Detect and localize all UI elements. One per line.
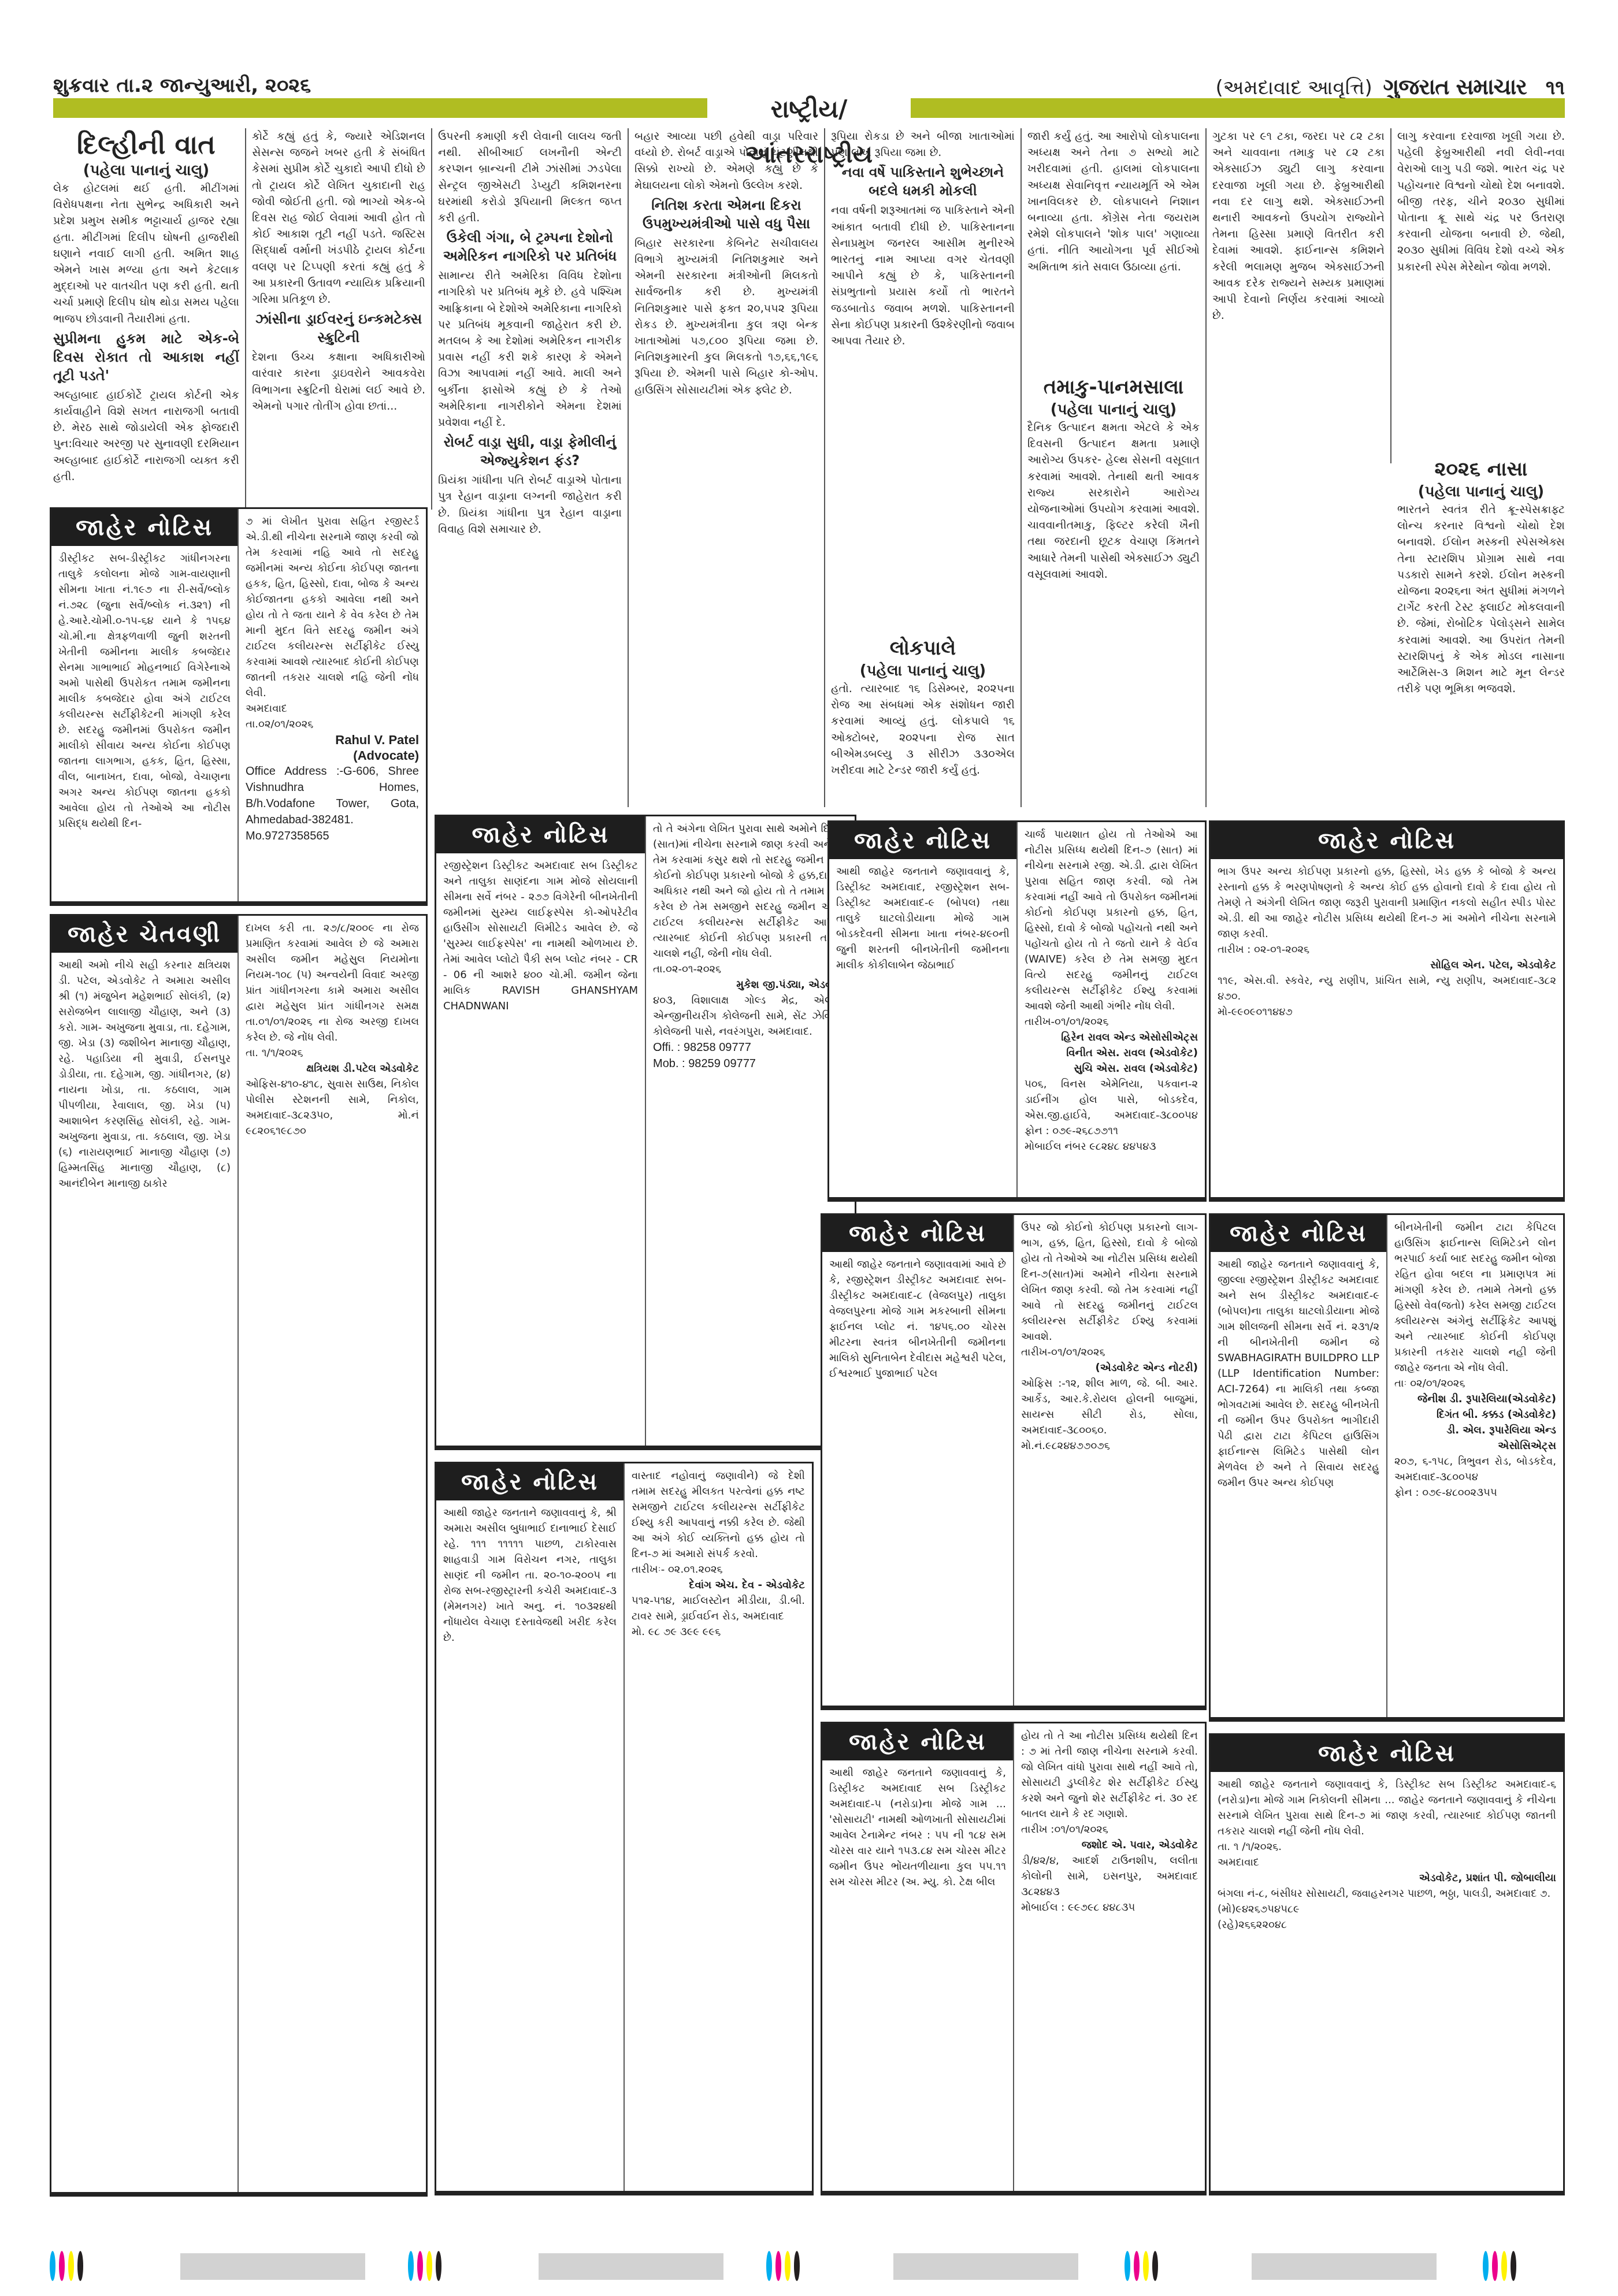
article-delhi-ni-vaat: દિલ્હીની વાત (પહેલા પાનાનું ચાલુ) લેક હો… (53, 128, 239, 512)
notice-signature: ક્ષત્રિયશ ડી.પટેલ એડવોકેટ (246, 1061, 419, 1076)
public-notice-10: જાહેર નોટિસ આથી જાહેર જનતાને જણાવવાનું ક… (1209, 1733, 1565, 2195)
notice-signature-2: દિગંત બી. કક્કડ (એડવોકેટ) (1394, 1407, 1556, 1422)
notice-title: જાહેર નોટિસ (436, 1463, 624, 1500)
article-lokpal-top: જારી કર્યું હતું. આ આરોપો લોકપાલના અધ્યક… (1027, 128, 1200, 371)
mobile-phone: મોબાઈલ નંબર ૯૮૨૪૮ ૪૪૫૪૩ (1025, 1139, 1198, 1154)
column-divider (824, 128, 825, 807)
mobile-phone: મો.નં.૯૮૨૪૪૭૭૦૭૬ (1021, 1438, 1198, 1454)
article-body: જારી કર્યું હતું. આ આરોપો લોકપાલના અધ્યક… (1027, 128, 1200, 275)
notice-title: જાહેર નોટિસ (1211, 1215, 1386, 1252)
notice-signature: જશોદ એ. પવાર, એડવોકેટ (1021, 1837, 1198, 1853)
notice-body: ચાર્જ પાયશાત હોય તો તેઓએ આ નોટીસ પ્રસિધ્… (1025, 827, 1198, 1014)
public-notice-9: જાહેર નોટિસ આથી જાહેર જનતાને જણાવવાનું ક… (821, 1722, 1207, 2195)
cyan-mark-icon (408, 2251, 414, 2281)
magenta-mark-icon (1134, 2251, 1140, 2281)
yellow-mark-icon (68, 2251, 74, 2281)
cmyk-marks (50, 2251, 83, 2281)
article-body: દેશના ઉચ્ચ કક્ષાના અધિકારીઓ વારંવાર કારન… (252, 349, 425, 414)
public-notice-4: જાહેર નોટિસ આથી જાહેર જનતાને જણાવવાનું ક… (827, 820, 1207, 1202)
public-notice-8: જાહેર નોટિસ આથી જાહેર જનતાને જણાવવામાં આ… (821, 1213, 1207, 1710)
notice-body: ઉપર જો કોઈનો કોઈપણ પ્રકારનો લાગ-ભાગ, હક્… (1021, 1220, 1198, 1344)
notice-title: જાહેર ચેતવણી (51, 916, 237, 953)
gray-calibration-bar (180, 2253, 365, 2280)
article-title: લોકપાલે (831, 636, 1015, 661)
yellow-mark-icon (1501, 2251, 1507, 2281)
magenta-mark-icon (1492, 2251, 1498, 2281)
public-notice-7: જાહેર નોટિસ આથી જાહેર જનતાને જણાવવાનું ક… (435, 1462, 814, 2195)
section-title: રાષ્ટ્રીય/આંતરરાષ્ટ્રીય (707, 87, 911, 132)
gray-calibration-bar (893, 2253, 1078, 2280)
notice-address: ઓફિસ :-૧૨, શીલ માળ, જે. બી. આર. આર્કેડ, … (1021, 1376, 1198, 1438)
notice-address: ઓફિસ-૪૧૦-૪૧૮, સુવાસ સાઉથ, નિકોલ પોલીસ સ્… (246, 1076, 419, 1139)
notice-body: આથી અમો નીચે સહી કરનાર ક્ષત્રિયશ ડી. પટે… (51, 953, 237, 1196)
notice-date: તા. ૧/૧/૨૦૨૬ (246, 1045, 419, 1061)
notice-date: તારીખ : ૦૨-૦૧-૨૦૨૬ (1218, 942, 1556, 957)
article-subhead: સુપ્રીમના હુકમ માટે એક-બે દિવસ રોકાત તો … (53, 329, 239, 385)
column-divider (1205, 128, 1207, 807)
notice-signature: (એડવોકેટ એન્ડ નોટરી) (1021, 1360, 1198, 1376)
issue-date: શુક્રવાર તા.૨ જાન્યુઆરી, ૨૦૨૬ (53, 74, 311, 97)
mobile-phone: મો-૯૯૦૯૦૧૧૪૪૭ (1218, 1004, 1556, 1020)
notice-date: તારીખ-૦૧/૦૧/૨૦૨૬ (1025, 1014, 1198, 1030)
article-body: ભારતને સ્વતંત્ર રીતે ક્રૂ-સ્પેસક્રાફ્ટ લ… (1397, 501, 1565, 697)
edition-label: (અમદાવાદ આવૃત્તિ) (1216, 76, 1372, 99)
advocate-phone: Mo.9727358565 (246, 828, 419, 844)
article-body: અલ્હાબાદ હાઈકોર્ટે ટ્રાયલ કોર્ટની એક કાર… (53, 387, 239, 485)
notice-date: તારીખઃ- ૦૨.૦૧.૨૦૨૬ (632, 1562, 805, 1577)
notice-title: જાહેર નોટિસ (822, 1723, 1013, 1760)
black-mark-icon (1152, 2251, 1158, 2281)
article-col3: ઉપરની કમાણી કરી લેવાની લાલચ જતી નથી. સીબ… (438, 128, 622, 810)
mobile-phone: મો. ૯૮ ૭૯ ૩૯૯ ૯૯૬ (632, 1624, 805, 1640)
notice-body: હોય તો તે આ નોટીસ પ્રસિધ્ધ થયેથી દિન : ૭… (1021, 1728, 1198, 1822)
notice-address: ૫૦૬, વિનસ એમેનિયા, પકવાન-૨ ડાઈનીંગ હોલ પ… (1025, 1076, 1198, 1139)
article-body: લાગુ કરવાના દરવાજા ખૂલી ગયા છે. પહેલી ફે… (1397, 128, 1565, 275)
article-nasa-lead: લાગુ કરવાના દરવાજા ખૂલી ગયા છે. પહેલી ફે… (1397, 128, 1565, 463)
column-divider (245, 128, 246, 510)
article-continued-label: (પહેલા પાનાનું ચાલુ) (1027, 400, 1200, 419)
magenta-mark-icon (417, 2251, 423, 2281)
cmyk-marks (1125, 2251, 1158, 2281)
notice-body: ૭ માં લેખીત પુરાવા સહિત રજીસ્ટર્ડ એ.ડી.થ… (246, 514, 419, 701)
black-mark-icon (1511, 2251, 1516, 2281)
article-body: સામાન્ય રીતે અમેરિકા વિવિધ દેશોના નાગરિક… (438, 268, 622, 430)
article-delhi-continued: કોર્ટે કહ્યું હતું કે, જ્યારે એડિશનલ સેસ… (252, 128, 425, 512)
notice-date: તા.૦૨/૦૧/૨૦૨૬ (246, 716, 419, 732)
notice-signature-2: વિનીત એસ. રાવલ (એડવોકેટ) (1025, 1045, 1198, 1061)
notice-title: જાહેર નોટિસ (822, 1215, 1013, 1252)
cmyk-marks (766, 2251, 800, 2281)
cyan-mark-icon (1125, 2251, 1130, 2281)
notice-address: ૧૧૯, એસ.વી. સ્કવેર, ન્યુ રાણીપ, પ્રાંચિત… (1218, 973, 1556, 1004)
article-excise: ગુટકા પર ૯૧ ટકા, જરદા પર ૮૨ ટકા અને ચાવવ… (1212, 128, 1385, 463)
notice-body: બીનખેતીની જમીન ટાટા કેપિટલ હાઉસિંગ ફાઈના… (1394, 1220, 1556, 1376)
notice-signature: હિરેન રાવલ એન્ડ એસોસીએટ્સ (1025, 1030, 1198, 1045)
notice-date: તા. ૧ /૧/૨૦૨૬. (1218, 1839, 1556, 1855)
article-title: ૨૦૨૬ નાસા (1397, 456, 1565, 482)
print-registration-marks (50, 2251, 1569, 2286)
article-body: ઉપરની કમાણી કરી લેવાની લાલચ જતી નથી. સીબ… (438, 128, 622, 226)
advocate-title: (Advocate) (246, 748, 419, 763)
article-title: દિલ્હીની વાત (53, 128, 239, 161)
article-col4: બહાર આવ્યા પછી હવેથી વાડ્રા પરિવાર વધ્યો… (634, 128, 818, 810)
article-body: લેક હોટલમાં થઈ હતી. મીટીંગમાં વિરોધપક્ષન… (53, 180, 239, 327)
article-body: બહાર આવ્યા પછી હવેથી વાડ્રા પરિવાર વધ્યો… (634, 128, 818, 194)
article-pakistan-threat: રૂપિયા રોકડા છે અને બીજા ખાતાઓમાં પણ લાખ… (831, 128, 1015, 637)
column-divider (1020, 128, 1022, 807)
notice-body: આથી જાહેર જનતાને જણાવવાનું કે, શ્રી અમાર… (443, 1505, 617, 1645)
article-continued-label: (પહેલા પાનાનું ચાલુ) (53, 161, 239, 180)
notice-body: આથી જાહેર જનતાને જણાવવાનું કે, જીલ્લા રજ… (1218, 1257, 1379, 1491)
notice-body: વાસ્તાદ નહોવાનું જણાવીને) જે દેશી તમામ સ… (632, 1468, 805, 1562)
notice-date: તા.૦૨-૦૧-૨૦૨૬ (653, 961, 848, 977)
article-tobacco-panmasala: તમાકુ-પાનમસાલા (પહેલા પાનાનું ચાલુ) દૈનિ… (1027, 374, 1200, 808)
notice-address: ૫૧૨-૫૧૪, માઈલસ્ટોન મીડીયા, ડી.બી. ટાવર સ… (632, 1593, 805, 1624)
article-subhead: નવા વર્ષે પાકિસ્તાને શુભેચ્છાને બદલે ધમક… (831, 163, 1015, 200)
black-mark-icon (436, 2251, 441, 2281)
public-notice-1: જાહેર નોટિસ ડીસ્ટ્રીકટ સબ-ડીસ્ટ્રીકટ ગાં… (50, 507, 428, 906)
notice-signature: દેવાંગ એચ. દેવ - એડવોકેટ (632, 1577, 805, 1593)
notice-signature: મુકેશ જી.પંડ્યા, એડવોકેટ (653, 977, 848, 993)
magenta-mark-icon (775, 2251, 781, 2281)
notice-date: તારીખ-૦૧/૦૧/૨૦૨૬ (1021, 1344, 1198, 1360)
notice-date: તારીખ :૦૧/૦૧/૨૦૨૬ (1021, 1822, 1198, 1837)
column-divider (1390, 128, 1391, 463)
notice-body: આથી જાહેર જનતાને જણાવવાનું કે, ડિસ્ટ્રીક… (829, 1765, 1006, 1890)
article-continued-label: (પહેલા પાનાનું ચાલુ) (1397, 482, 1565, 501)
article-body: નવા વર્ષની શરૂઆતમાં જ પાકિસ્તાને એની આંક… (831, 202, 1015, 349)
public-notice-6: જાહેર નોટિસ આથી જાહેર જનતાને જણાવવાનું ક… (1209, 1213, 1565, 1722)
article-2026-nasa: ૨૦૨૬ નાસા (પહેલા પાનાનું ચાલુ) ભારતને સ્… (1397, 456, 1565, 815)
notice-title: જાહેર નોટિસ (436, 816, 645, 853)
article-body: બિહાર સરકારના કેબિનેટ સચીવાલય વિભાગે મુખ… (634, 235, 818, 398)
notice-title: જાહેર નોટિસ (51, 509, 237, 546)
yellow-mark-icon (1143, 2251, 1149, 2281)
cyan-mark-icon (1483, 2251, 1489, 2281)
mobile-phone: (મો)૯૪૨૬૭૫૪૫૮૯ (1218, 1901, 1556, 1917)
notice-address: ૪૦૩, વિશાલાક્ષ ગોલ્ડ મેદ્ર, એલ.ડી. એન્જી… (653, 993, 848, 1039)
yellow-mark-icon (426, 2251, 432, 2281)
newspaper-logo: ગુજરાત સમાચાર (1383, 74, 1527, 99)
article-subhead: નિતિશ કરતા એમના દિકરા ઉપમુખ્યમંત્રીઓ પાસ… (634, 196, 818, 233)
cyan-mark-icon (766, 2251, 772, 2281)
article-subhead: ઉકેલી ગંગા, બે ટ્રમ્પના દેશોનો અમેરિકન ન… (438, 228, 622, 265)
notice-body: આથી જાહેર જનતાને જણાવવાનું કે, ડિસ્ટ્રીક… (1218, 1777, 1556, 1839)
residence-phone: (રહે)૨૬૬૨૨૦૪૮ (1218, 1917, 1556, 1933)
notice-signature-3: ડી. એલ. રૂપારેલિયા એન્ડ એસોસિએટ્સ (1394, 1422, 1556, 1454)
cmyk-marks (1483, 2251, 1516, 2281)
notice-body: ભાગ ઉપર અન્ય કોઈપણ પ્રકારનો હક્ક, હિસ્સો… (1218, 864, 1556, 942)
notice-body: આથી જાહેર જનતાને જણાવવાનું કે, ડિસ્ટ્રીક… (836, 864, 1010, 973)
notice-body: આથી જાહેર જનતાને જણાવવામાં આવે છે કે, રજ… (829, 1257, 1006, 1381)
notice-date: તાઃ ૦૨/૦૧/૨૦૨૬ (1394, 1376, 1556, 1391)
column-divider (431, 128, 432, 510)
cyan-mark-icon (50, 2251, 55, 2281)
notice-place: અમદાવાદ (1218, 1855, 1556, 1870)
notice-address: બંગલા નં-૮, બંસીધર સોસાયટી, જવાહરનગર પાછ… (1218, 1886, 1556, 1901)
mobile-phone: મોબાઈલ : ૯૯૭૯૮ ૪૪૮૩૫ (1021, 1900, 1198, 1915)
mobile-phone: ફોન : ૦૭૯-૪૮૦૦૨૩૫૫ (1394, 1485, 1556, 1500)
masthead-right: (અમદાવાદ આવૃત્તિ) ગુજરાત સમાચાર ૧૧ (1216, 74, 1565, 100)
article-subhead: ઝાંસીના ડ્રાઈવરનું ઇન્કમટેક્સ સ્ક્રુટિની (252, 310, 425, 347)
notice-title: જાહેર નોટિસ (1211, 822, 1563, 859)
notice-signature: જેનીશ ડી. રૂપારેલિયા(એડવોકેટ) (1394, 1391, 1556, 1407)
article-body: હતો. ત્યારબાદ ૧૬ ડિસેમ્બર, ૨૦૨૫ના રોજ આ … (831, 681, 1015, 778)
black-mark-icon (794, 2251, 800, 2281)
article-lokpal: લોકપાલે (પહેલા પાનાનું ચાલુ) હતો. ત્યારબ… (831, 636, 1015, 809)
column-divider (628, 128, 629, 807)
notice-signature-3: સુચિ એસ. રાવલ (એડવોકેટ) (1025, 1061, 1198, 1076)
notice-signature: સોહિલ એન. પટેલ, એડવોકેટ (1218, 957, 1556, 973)
cmyk-marks (408, 2251, 441, 2281)
notice-title: જાહેર નોટિસ (829, 822, 1016, 859)
public-notice-3: જાહેર નોટિસ રજીસ્ટ્રેશન ડિસ્ટ્રીકટ અમદાવ… (435, 815, 856, 1450)
article-subhead: રોબર્ટ વાડ્રા સુધી, વાડ્રા ફેમીલીનું એજ્… (438, 433, 622, 470)
gray-calibration-bar (539, 2253, 723, 2280)
advocate-address: Office Address :-G-606, Shree Vishnudhra… (246, 763, 419, 828)
article-continued-label: (પહેલા પાનાનું ચાલુ) (831, 661, 1015, 681)
notice-body: દાખલ કરી તા. ૨૭/૮/૨૦૦૯ ના રોજ પ્રમાણિત ક… (246, 920, 419, 1045)
page-number: ૧૧ (1546, 76, 1565, 99)
office-phone: Offi. : 98258 09777 (653, 1039, 848, 1056)
yellow-mark-icon (785, 2251, 791, 2281)
notice-body: તો તે અંગેના લેખિત પુરાવા સાથે અમોને દિન… (653, 821, 848, 961)
advocate-name: Rahul V. Patel (246, 732, 419, 748)
public-warning: જાહેર ચેતવણી આથી અમો નીચે સહી કરનાર ક્ષત… (50, 914, 428, 2197)
article-title: તમાકુ-પાનમસાલા (1027, 374, 1200, 400)
notice-body: રજીસ્ટ્રેશન ડિસ્ટ્રીકટ અમદાવાદ સબ ડિસ્ટ્… (443, 858, 638, 1014)
notice-place: અમદાવાદ (246, 701, 419, 716)
gray-calibration-bar (1252, 2253, 1437, 2280)
notice-body: ડીસ્ટ્રીકટ સબ-ડીસ્ટ્રીકટ ગાંધીનગરના તાલુ… (51, 546, 237, 836)
article-body: રૂપિયા રોકડા છે અને બીજા ખાતાઓમાં પણ લાખ… (831, 128, 1015, 161)
mobile-phone: Mob. : 98259 09777 (653, 1056, 848, 1072)
article-body: ગુટકા પર ૯૧ ટકા, જરદા પર ૮૨ ટકા અને ચાવવ… (1212, 128, 1385, 324)
public-notice-5: જાહેર નોટિસ ભાગ ઉપર અન્ય કોઈપણ પ્રકારનો … (1209, 820, 1565, 1202)
article-body: કોર્ટે કહ્યું હતું કે, જ્યારે એડિશનલ સેસ… (252, 128, 425, 307)
article-body: દૈનિક ઉત્પાદન ક્ષમતા એટલે કે એક દિવસની ઉ… (1027, 419, 1200, 582)
magenta-mark-icon (59, 2251, 65, 2281)
black-mark-icon (77, 2251, 83, 2281)
notice-title: જાહેર નોટિસ (1211, 1735, 1563, 1772)
notice-address: ૨૦૭, ૬-૧૫૮, ત્રિભુવન રોડ, બોડકદેવ, અમદાવ… (1394, 1454, 1556, 1485)
notice-signature: એડવોકેટ, પ્રશાંત પી. જોબાલીયા (1218, 1870, 1556, 1886)
notice-address: ડી/૪૨/૪, આદર્શ ટાઉનશીપ, લલીતા કોલોની સામ… (1021, 1853, 1198, 1900)
article-body: પ્રિયંકા ગાંધીના પતિ રોબર્ટ વાડ્રાએ પોતા… (438, 472, 622, 537)
